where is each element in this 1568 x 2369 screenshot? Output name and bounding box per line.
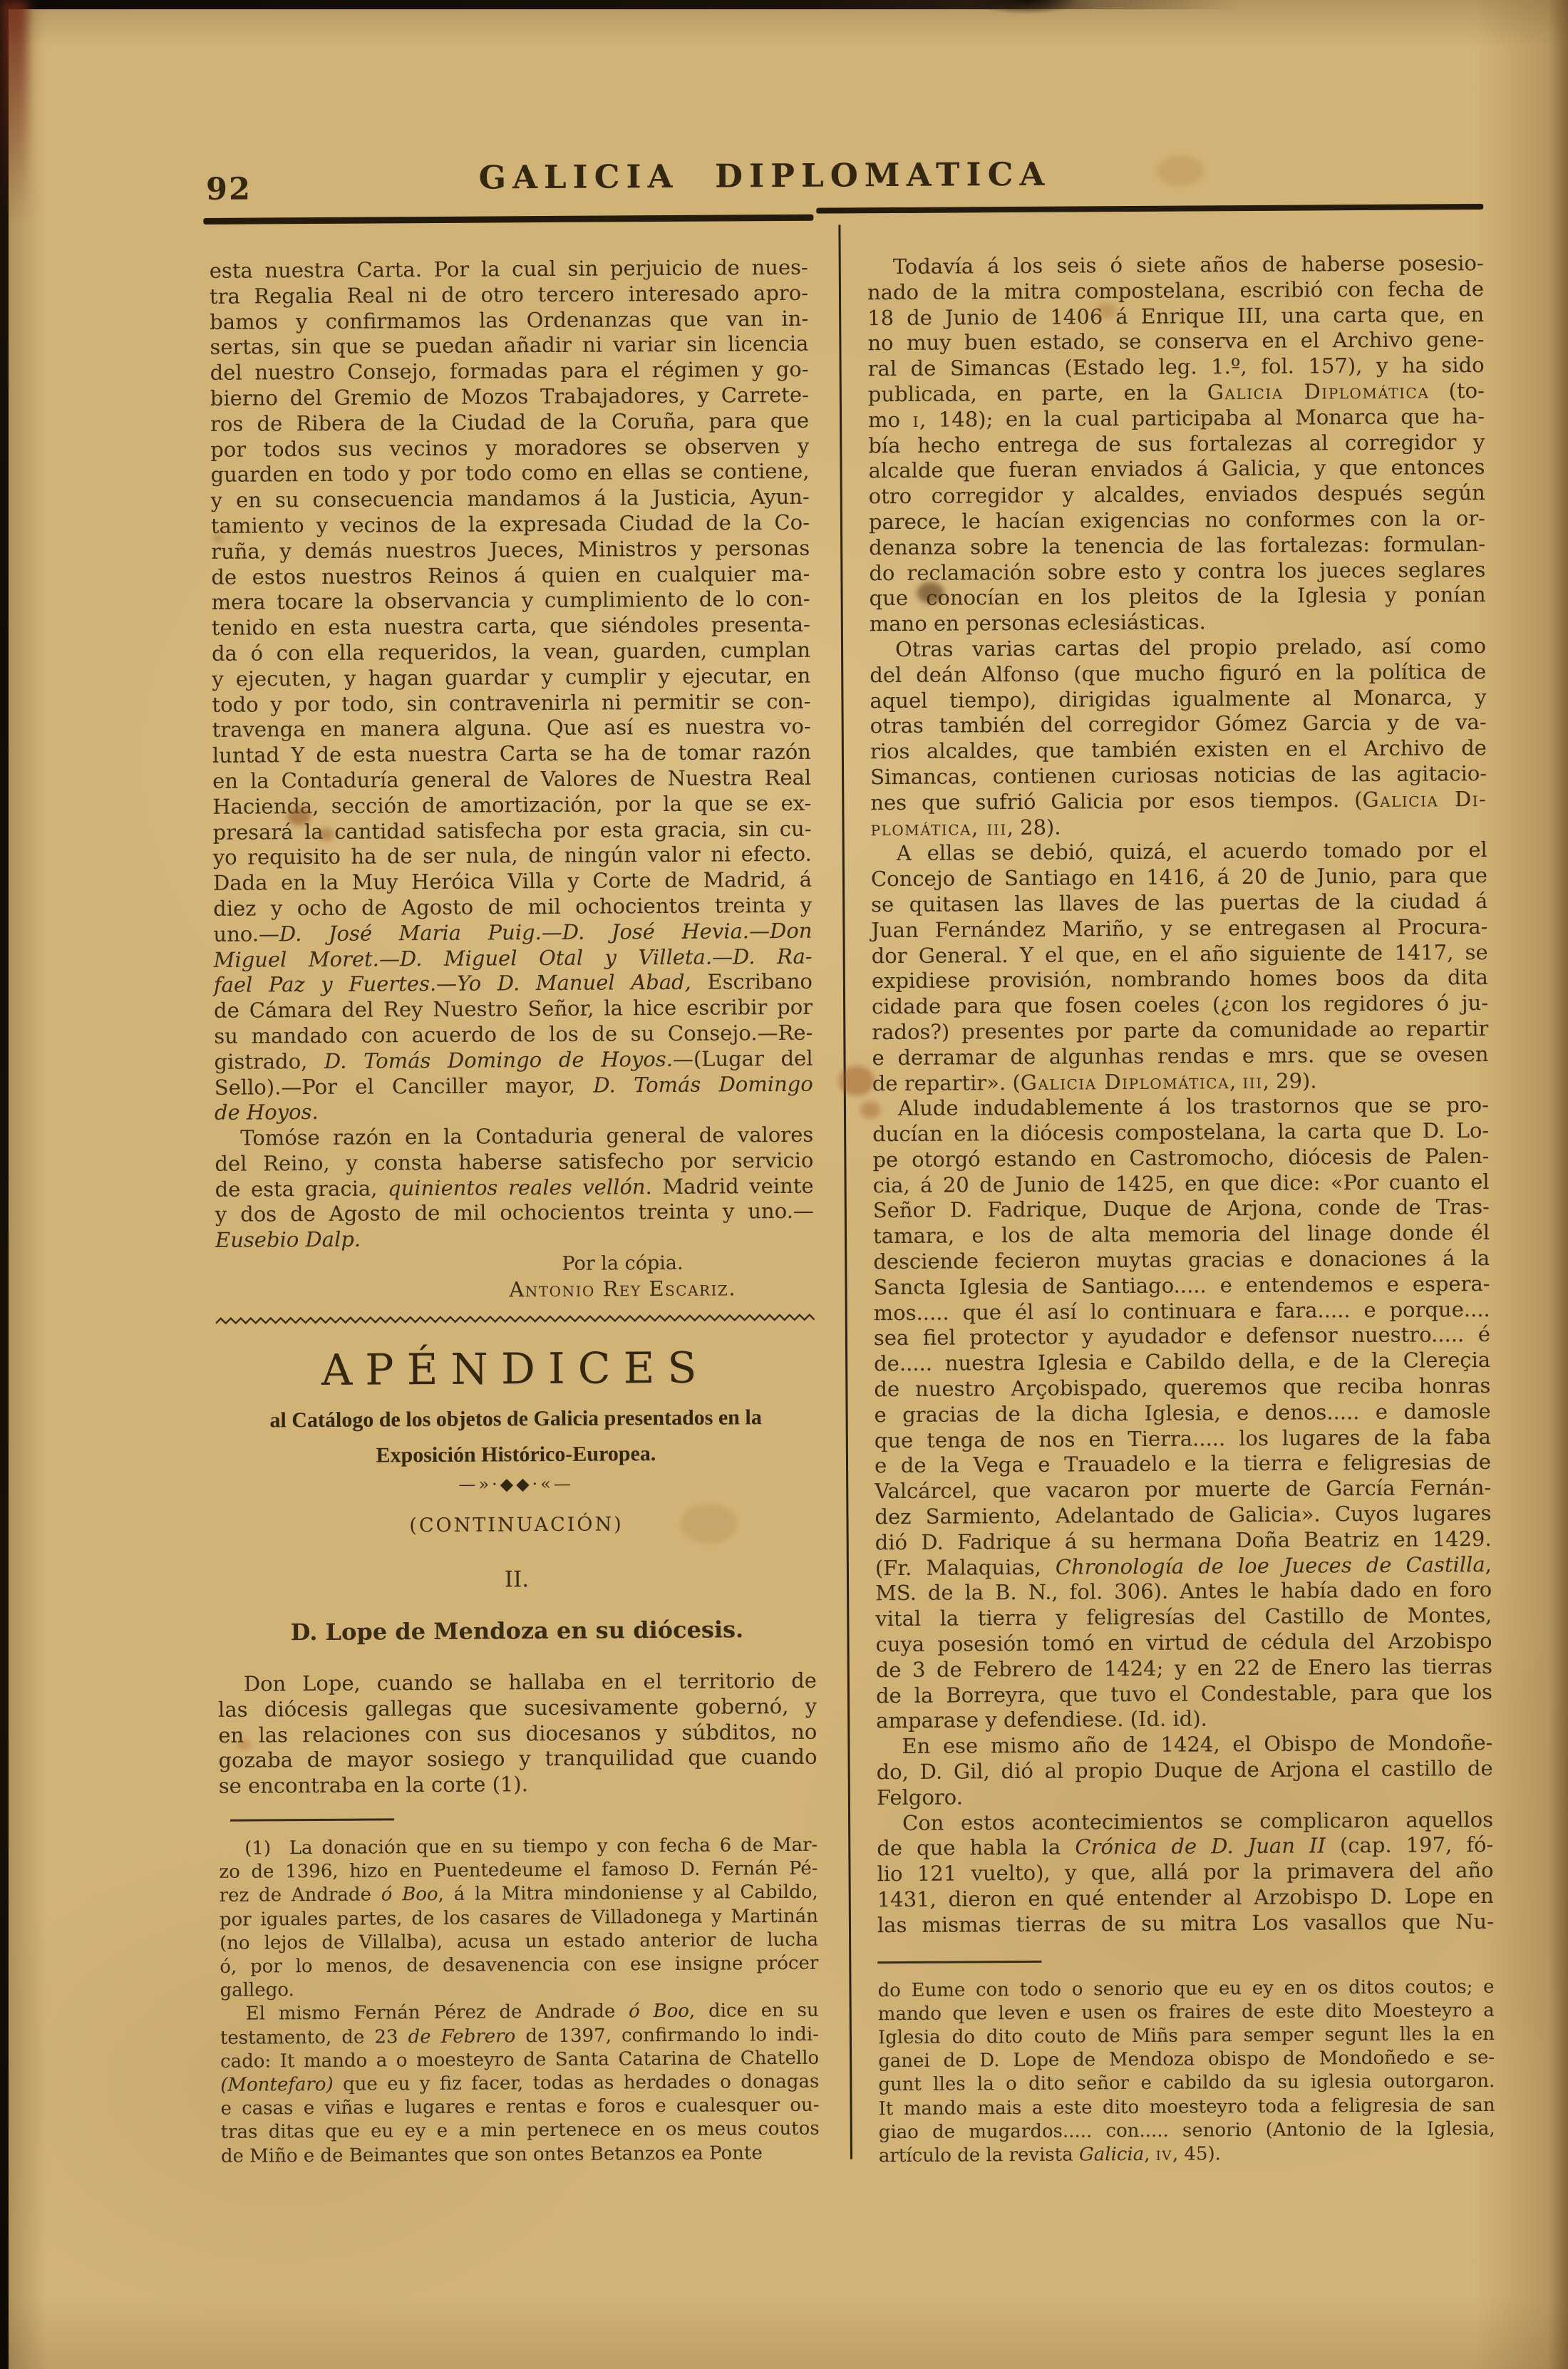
text-line: (Montefaro) que eu y fiz facer, todas as… bbox=[220, 2070, 819, 2097]
text-line: cado: It mando a o moesteyro de Santa Ca… bbox=[220, 2047, 819, 2074]
text-line: Antonio Rey Escariz. bbox=[215, 1276, 814, 1305]
text-line: ducían en la diócesis compostelana, la c… bbox=[872, 1118, 1489, 1147]
stain bbox=[212, 534, 224, 543]
text-line: ral de Simancas (Estado leg. 1.º, fol. 1… bbox=[868, 353, 1485, 382]
stain bbox=[917, 582, 944, 604]
text-line: las diócesis gallegas que sucesivamente … bbox=[218, 1694, 817, 1723]
text-line: Tomóse razón en la Contaduria general de… bbox=[215, 1122, 813, 1152]
text-line: cidade para que fosen coeles (¿con los r… bbox=[872, 991, 1488, 1020]
ornament-fleuron: —»·◆◆·«— bbox=[217, 1470, 815, 1497]
footnote-rule-right bbox=[877, 1960, 1041, 1963]
text-line: tamiento y vecinos de la expresada Ciuda… bbox=[211, 510, 810, 540]
page-content: 92 GALICIA DIPLOMATICA esta nuestra Cart… bbox=[0, 0, 1568, 2369]
text-line: desciende fecieron muytas gracias e dona… bbox=[873, 1246, 1490, 1275]
text-line: del deán Alfonso (que mucho figuró en la… bbox=[870, 659, 1486, 688]
appendix-subtitle: al Catálogo de los objetos de Galicia pr… bbox=[216, 1399, 815, 1474]
left-column: esta nuestra Carta. Por la cual sin perj… bbox=[210, 255, 820, 2169]
text-line: dor General. Y el que, en el año siguien… bbox=[872, 939, 1488, 969]
footnote-rule-left bbox=[230, 1818, 394, 1821]
wavy-section-divider bbox=[216, 1312, 815, 1326]
text-line: aquel tiempo), dirigidas igualmente al M… bbox=[870, 685, 1486, 714]
text-line: de..... nuestra Iglesia e Cabildo della,… bbox=[874, 1348, 1490, 1377]
text-line: Eusebio Dalp. bbox=[215, 1224, 814, 1254]
text-line: expidiese provisión, nombrando homes boo… bbox=[872, 965, 1488, 994]
text-line: de estos nuestros Reinos á quien en cual… bbox=[211, 561, 810, 590]
text-line: Señor D. Fadrique, Duque de Arjona, cond… bbox=[873, 1194, 1490, 1224]
text-line: de esta gracia, quinientos reales vellón… bbox=[215, 1173, 814, 1202]
text-line: en la Contaduría general de Valores de N… bbox=[212, 765, 811, 795]
left-footnote: (1) La donación que en su tiempo y con f… bbox=[219, 1834, 820, 2169]
text-line: Concejo de Santiago en 1416, á 20 de Jun… bbox=[871, 863, 1487, 892]
text-line: su mandado con acuerdo de los de su Cons… bbox=[214, 1021, 813, 1050]
text-line: gallego. bbox=[220, 1976, 818, 2003]
text-line: del Reino, y consta haberse satisfecho p… bbox=[215, 1148, 813, 1177]
text-line: Con estos acontecimientos se complicaron… bbox=[877, 1807, 1493, 1837]
text-line: de 3 de Febrero de 1424; y en 22 de Ener… bbox=[876, 1654, 1492, 1683]
section-number: II. bbox=[217, 1566, 816, 1595]
text-line: Dada en la Muy Heróica Villa y Corte de … bbox=[213, 867, 812, 897]
text-line: las mismas tierras de su mitra Los vasal… bbox=[877, 1909, 1494, 1939]
text-line: yo requisito ha de ser nula, de ningún v… bbox=[213, 842, 812, 871]
text-line: vital la tierra y feligresías del Castil… bbox=[875, 1603, 1492, 1632]
text-line: Sancta Iglesia de Santiago..... e entend… bbox=[873, 1271, 1490, 1301]
text-line: Miguel Moret.—D. Miguel Otal y Villeta.—… bbox=[214, 944, 813, 973]
text-line: uno.—D. José Maria Puig.—D. José Hevia.—… bbox=[213, 918, 812, 947]
appendix-title: APÉNDICES bbox=[216, 1341, 815, 1397]
stain bbox=[287, 807, 311, 825]
text-line: del nuestro Consejo, formadas para el ré… bbox=[210, 357, 809, 386]
text-line: denanza sobre la tenencia de las fortale… bbox=[869, 532, 1485, 561]
text-line: no muy buen estado, se conserva en el Ar… bbox=[867, 327, 1484, 356]
text-line: Sello).—Por el Canciller mayor, D. Tomás… bbox=[215, 1071, 813, 1100]
text-line: publicada, en parte, en la Galicia Diplo… bbox=[868, 378, 1485, 408]
text-line: Otras varias cartas del propio prelado, … bbox=[870, 634, 1486, 663]
text-line: amparase y defendiese. (Id. id). bbox=[876, 1705, 1492, 1734]
text-line: ganei de D. Lope de Mendoza obispo de Mo… bbox=[878, 2046, 1495, 2073]
text-line: do Eume con todo o senorio que eu ey en … bbox=[877, 1976, 1494, 2003]
scanned-page: 92 GALICIA DIPLOMATICA esta nuestra Cart… bbox=[0, 0, 1568, 2369]
stain bbox=[1096, 303, 1116, 319]
text-line: dez Sarmiento, Adelantado de Galicia». C… bbox=[875, 1501, 1491, 1530]
stain bbox=[319, 828, 334, 841]
text-line: de nuestro Arçobispado, queremos que rec… bbox=[874, 1373, 1490, 1403]
text-line: travenga en manera alguna. Que así es nu… bbox=[212, 714, 811, 743]
text-line: Todavía á los seis ó siete años de haber… bbox=[867, 251, 1484, 280]
text-line: MS. de la B. N., fol. 306). Antes le hab… bbox=[875, 1577, 1492, 1606]
text-line: por iguales partes, de los casares de Vi… bbox=[220, 1904, 818, 1931]
text-line: bía hecho entrega de sus fortalezas al c… bbox=[868, 430, 1485, 459]
section-heading: D. Lope de Mendoza en su diócesis. bbox=[217, 1617, 816, 1646]
text-line: esta nuestra Carta. Por la cual sin perj… bbox=[210, 255, 808, 284]
text-line: e casas e viñas e lugares e rentas e for… bbox=[220, 2094, 819, 2121]
text-line: gunt lles la o dito señor e cabildo da s… bbox=[878, 2070, 1495, 2097]
text-line: de Miño e de Beimantes que son ontes Bet… bbox=[221, 2141, 820, 2168]
text-line: Don Lope, cuando se hallaba en el territ… bbox=[218, 1668, 817, 1698]
text-line: e gracias de la dicha Iglesia, e denos..… bbox=[874, 1399, 1490, 1428]
text-line: mando que leven e usen os fraires de est… bbox=[878, 1999, 1495, 2026]
text-line: ruña, y demás nuestros Jueces, Ministros… bbox=[211, 536, 810, 565]
text-line: (Fr. Malaquias, Chronología de loe Juece… bbox=[875, 1552, 1492, 1581]
text-line: tras ditas que eu ey e a min pertenece e… bbox=[221, 2117, 820, 2145]
text-line: nes que sufrió Galicia por esos tiempos.… bbox=[870, 787, 1487, 816]
text-line: lio 121 vuelto), y que, allá por la prim… bbox=[877, 1858, 1493, 1887]
text-line: do reclamación sobre esto y contra los j… bbox=[869, 557, 1485, 587]
text-line: alcalde que fueran enviados á Galicia, y… bbox=[868, 455, 1485, 484]
scan-edge-left bbox=[0, 0, 9, 2369]
text-line: nado de la mitra compostelana, escribió … bbox=[867, 277, 1484, 306]
right-column: Todavía á los seis ó siete años de haber… bbox=[867, 251, 1495, 2168]
text-line: pe otorgó estando en Castromocho, dióces… bbox=[872, 1144, 1489, 1173]
text-line: diez y ocho de Agosto de mil ochocientos… bbox=[213, 893, 812, 922]
text-line: tamara, e los de alta memoria del linage… bbox=[873, 1220, 1490, 1249]
appendix-paragraph: Don Lope, cuando se hallaba en el territ… bbox=[218, 1668, 817, 1800]
header-rule-left bbox=[203, 215, 813, 224]
text-line: por todos sus vecinos y moradores se obs… bbox=[210, 433, 809, 463]
text-line: se encontraba en la corte (1). bbox=[219, 1770, 817, 1800]
text-line: tra Regalia Real ni de otro tercero inte… bbox=[210, 281, 808, 310]
text-line: en las relaciones con sus diocesanos y s… bbox=[218, 1719, 817, 1748]
text-line: que tenga de nos en Tierra..... los luga… bbox=[875, 1425, 1491, 1454]
text-line: Valcárcel, que vacaron por muerte de Gar… bbox=[875, 1475, 1491, 1505]
text-line: se quitasen las llaves de las puertas de… bbox=[871, 889, 1487, 918]
text-line: al Catálogo de los objetos de Galicia pr… bbox=[216, 1399, 815, 1438]
text-line: It mando mais a este dito moesteyro toda… bbox=[878, 2094, 1495, 2121]
text-line: gozaba de mayor sosiego y tranquilidad q… bbox=[218, 1745, 817, 1774]
text-line: giao de mugardos..... con..... senorio (… bbox=[879, 2117, 1495, 2145]
text-line: de la Borreyra, que tuvo el Condestable,… bbox=[876, 1680, 1492, 1709]
text-line: plomática, iii, 28). bbox=[870, 812, 1487, 842]
text-line: 1431, dieron en qué entender al Arzobisp… bbox=[877, 1884, 1494, 1913]
column-divider-rule bbox=[838, 224, 852, 2159]
text-line: Juan Fernández Mariño, y se entregasen a… bbox=[871, 914, 1487, 944]
text-line: Felgoro. bbox=[877, 1782, 1493, 1811]
text-line: Por la cópia. bbox=[215, 1250, 814, 1279]
scan-edge-top bbox=[0, 0, 1568, 9]
text-line: zo de 1396, hizo en Puentedeume el famos… bbox=[219, 1857, 817, 1884]
text-line: otras también del corregidor Gómez Garci… bbox=[870, 710, 1487, 739]
text-line: testamento, de 23 de Febrero de 1397, co… bbox=[220, 2023, 819, 2050]
scan-edge-right bbox=[1548, 0, 1568, 2369]
text-line: todo y por todo, sin contravenirla ni pe… bbox=[212, 688, 810, 718]
text-line: de Cámara del Rey Nuestro Señor, la hice… bbox=[214, 995, 813, 1024]
scan-corner-smear bbox=[2, 0, 28, 221]
text-line: ó, por lo menos, de desavenencia con ese… bbox=[220, 1952, 818, 1979]
text-line: rados?) presentes por parte da comunidad… bbox=[872, 1016, 1488, 1046]
text-line: 18 de Junio de 1406 á Enrique III, una c… bbox=[867, 302, 1484, 331]
text-line: El mismo Fernán Pérez de Andrade ó Boo, … bbox=[220, 1999, 819, 2026]
text-line: sertas, sin que se puedan añadir ni vari… bbox=[210, 331, 808, 361]
text-line: (no lejos de Villalba), acusa un estado … bbox=[220, 1929, 818, 1956]
text-line: da ó con ella requeridos, la vean, guard… bbox=[212, 638, 810, 667]
text-line: cuya posesión tomó en virtud de cédula d… bbox=[875, 1629, 1492, 1658]
text-line: bierno del Gremio de Mozos Trabajadores,… bbox=[210, 383, 809, 412]
text-line: bamos y confirmamos las Ordenanzas que v… bbox=[210, 306, 808, 335]
text-line: e de la Vega e Trauadelo e la tierra e f… bbox=[875, 1450, 1491, 1479]
text-line: mo i, 148); en la cual participaba al Mo… bbox=[868, 404, 1485, 433]
text-line: cia, á 20 de Junio de 1425, en que dice:… bbox=[873, 1170, 1490, 1199]
stain bbox=[839, 1065, 875, 1095]
text-line: Exposición Histórico-Europea. bbox=[217, 1435, 815, 1474]
text-line: rios alcaldes, que también existen en el… bbox=[870, 736, 1487, 765]
text-line: (1) La donación que en su tiempo y con f… bbox=[219, 1834, 817, 1861]
text-line: tenido en esta nuestra carta, que siéndo… bbox=[212, 612, 810, 641]
text-line: Iglesia do dito couto de Miñs para sempe… bbox=[878, 2023, 1495, 2050]
text-line: rez de Andrade ó Boo, á la Mitra mindoni… bbox=[220, 1881, 818, 1908]
text-line: y dos de Agosto de mil ochocientos trein… bbox=[215, 1199, 814, 1228]
right-column-body: Todavía á los seis ó siete años de haber… bbox=[867, 251, 1494, 1939]
text-line: mano en personas eclesiásticas. bbox=[870, 608, 1486, 637]
text-line: En ese mismo año de 1424, el Obispo de M… bbox=[876, 1730, 1492, 1760]
text-line: artículo de la revista Galicia, iv, 45). bbox=[879, 2141, 1495, 2168]
text-line: de Hoyos. bbox=[215, 1097, 813, 1126]
text-line: Simancas, contienen curiosas noticias de… bbox=[870, 761, 1487, 790]
text-line: ros de Ribera de la Ciudad de la Coruña,… bbox=[210, 408, 809, 438]
text-line: de que habla la Crónica de D. Juan II (c… bbox=[877, 1832, 1493, 1862]
text-line: guarden en todo y por todo como en ellas… bbox=[210, 459, 809, 488]
text-line: y ejecuten, y hagan guardar y cumplir y … bbox=[212, 664, 810, 693]
text-line: que conocían en los pleitos de la Iglesi… bbox=[869, 582, 1485, 611]
text-line: do, D. Gil, dió al propio Duque de Arjon… bbox=[877, 1756, 1493, 1785]
text-line: A ellas se debió, quizá, el acuerdo toma… bbox=[871, 837, 1487, 867]
text-line: de repartir». (Galicia Diplomática, iii,… bbox=[872, 1067, 1489, 1096]
header-rule-right bbox=[816, 204, 1483, 214]
journal-title: GALICIA DIPLOMATICA bbox=[0, 153, 1535, 200]
text-line: y en su consecuencia mandamos á la Justi… bbox=[211, 485, 810, 514]
stain bbox=[680, 1504, 737, 1543]
text-line: Alude indudablemente á los trastornos qu… bbox=[872, 1093, 1489, 1122]
text-line: e derramar de algunhas rendas e mrs. que… bbox=[872, 1042, 1488, 1071]
text-line: fael Paz y Fuertes.—Yo D. Manuel Abad, E… bbox=[214, 969, 813, 998]
text-line: otro corregidor y alcaldes, enviados des… bbox=[869, 480, 1485, 510]
text-line: gistrado, D. Tomás Domingo de Hoyos.—(Lu… bbox=[214, 1046, 813, 1075]
text-line: parece, le hacían exigencias no conforme… bbox=[869, 506, 1485, 535]
left-column-body: esta nuestra Carta. Por la cual sin perj… bbox=[210, 255, 815, 1305]
stain bbox=[860, 1101, 880, 1118]
stain bbox=[237, 1740, 251, 1750]
text-line: mera tocare la observancia y cumplimient… bbox=[212, 587, 810, 616]
text-line: dió D. Fadrique á su hermana Doña Beatri… bbox=[875, 1527, 1492, 1556]
right-footnote: do Eume con todo o senorio que eu ey en … bbox=[877, 1976, 1495, 2169]
text-line: sea fiel protector y ayudador e defensor… bbox=[874, 1322, 1490, 1351]
stain bbox=[1157, 155, 1204, 185]
text-line: mos..... que él así lo continuara e fara… bbox=[874, 1297, 1490, 1326]
text-line: luntad Y de esta nuestra Carta se ha de … bbox=[212, 740, 811, 769]
